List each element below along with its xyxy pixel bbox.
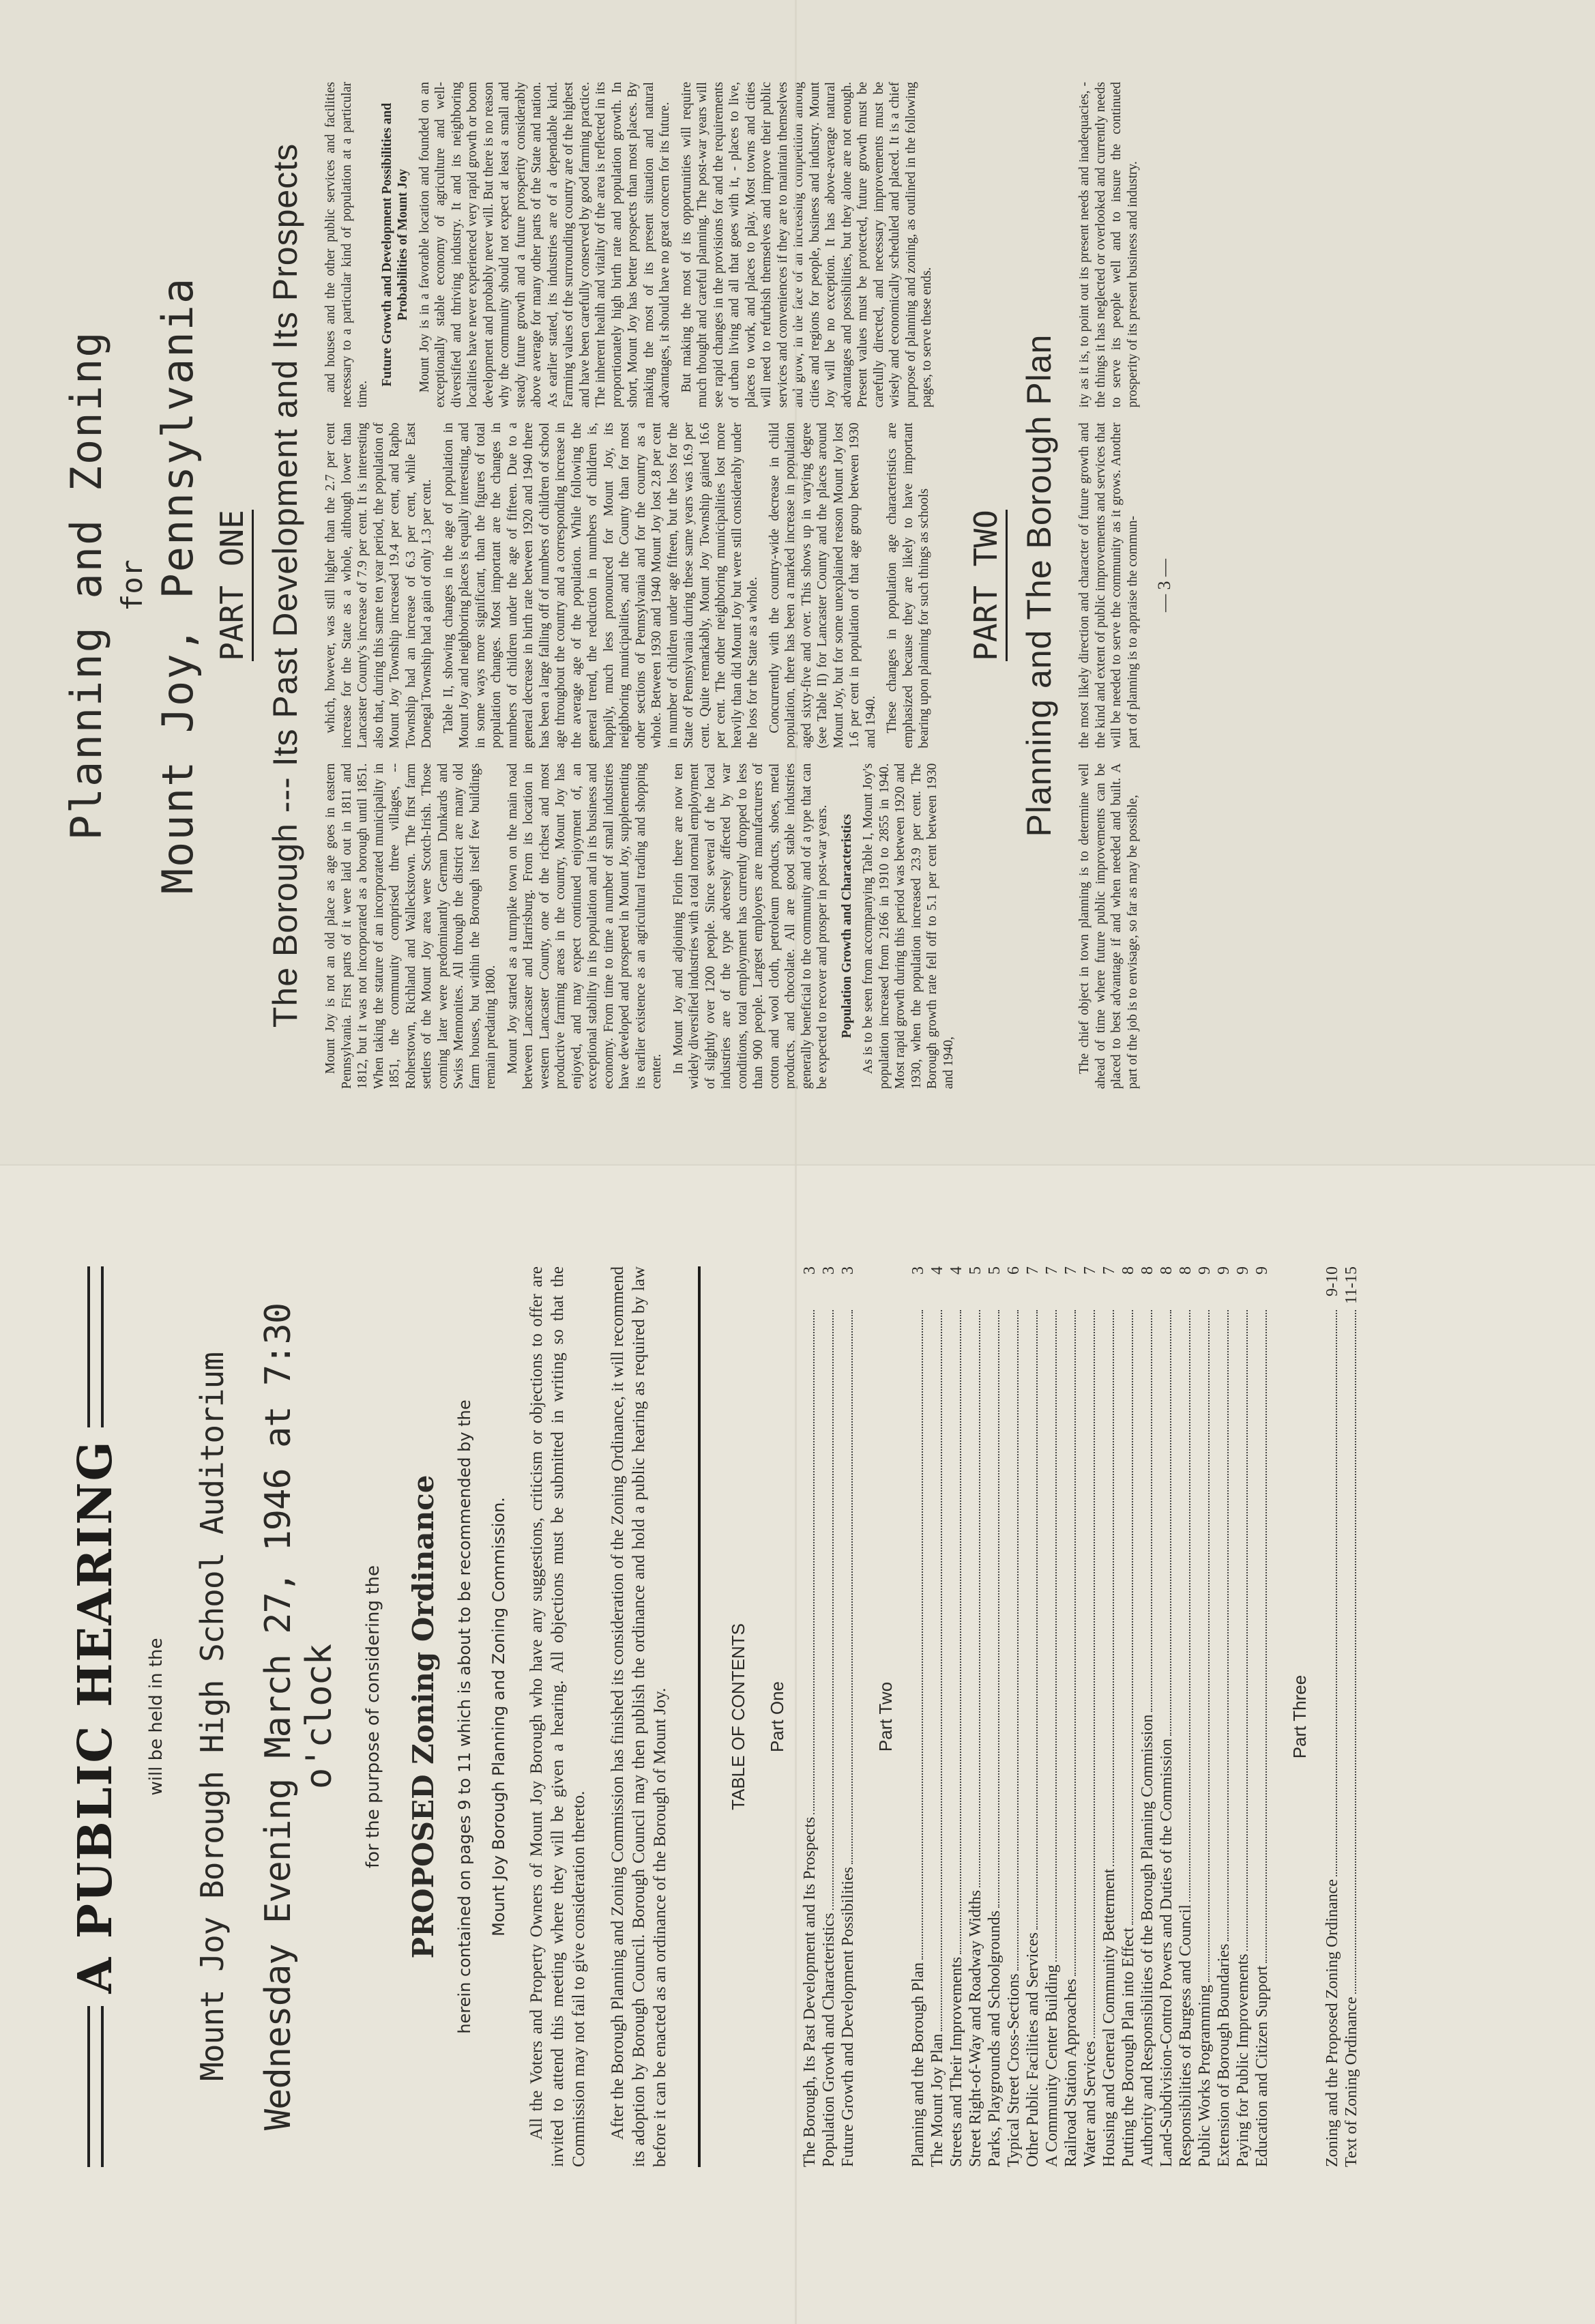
toc-entry-title: Streets and Their Improvements <box>947 1957 966 2167</box>
toc-entry-page: 11-15 <box>1342 1266 1361 1307</box>
venue: Mount Joy Borough High School Auditorium <box>194 1266 231 2167</box>
dot-leader <box>1151 1310 1152 1712</box>
toc-entry-page: 8 <box>1157 1266 1176 1307</box>
toc-entry-title: A Community Center Building <box>1042 1964 1062 2167</box>
procedure-paragraph: After the Borough Planning and Zoning Co… <box>607 1266 671 2167</box>
toc-entry-title: Parks, Playgrounds and Schoolgrounds <box>985 1911 1004 2167</box>
column-1: Mount Joy is not an old place as age goe… <box>323 764 956 1089</box>
toc-entry-page: 5 <box>985 1266 1004 1307</box>
paragraph: The chief object in town planning is to … <box>1077 764 1141 1089</box>
dot-leader <box>1113 1310 1114 1866</box>
dot-leader <box>1189 1310 1190 1902</box>
toc-entry-title: Street Right-of-Way and Roadway Widths <box>966 1890 985 2167</box>
paragraph: Mount Joy is in a favorable location and… <box>417 82 673 407</box>
part-two-label: PART TWO <box>967 510 1008 661</box>
toc-entry-title: The Mount Joy Plan <box>928 2034 947 2167</box>
toc-entry-page: 7 <box>1062 1266 1081 1307</box>
toc-entry-title: Zoning and the Proposed Zoning Ordinance <box>1323 1879 1342 2167</box>
toc-entry: Zoning and the Proposed Zoning Ordinance… <box>1323 1266 1342 2167</box>
dot-leader <box>979 1310 980 1887</box>
toc-entry-title: Population Growth and Characteristics <box>819 1913 838 2167</box>
toc-entry-page: 9 <box>1214 1266 1233 1307</box>
part-one-label: PART ONE <box>214 510 254 661</box>
dot-leader <box>851 1310 853 1864</box>
paragraph: Table II, showing changes in the age of … <box>441 422 761 748</box>
paragraph: These changes in population age characte… <box>884 422 933 748</box>
dot-leader <box>941 1310 942 2031</box>
toc-entry-page: 4 <box>928 1266 947 1307</box>
headline: A PUBLIC HEARING <box>68 1440 123 1993</box>
dot-leader <box>1170 1310 1171 1736</box>
purpose-text: for the purpose of considering the <box>363 1266 383 2167</box>
toc-entry: Streets and Their Improvements4 <box>947 1266 966 2167</box>
dot-leader <box>1246 1310 1248 1951</box>
cover-page: A PUBLIC HEARING will be held in the Mou… <box>0 1164 1595 2324</box>
toc-entry-page: 8 <box>1138 1266 1157 1307</box>
toc-entry: Railroad Station Approaches7 <box>1062 1266 1081 2167</box>
toc-entry-page: 4 <box>947 1266 966 1307</box>
toc-entry-page: 9 <box>1253 1266 1272 1307</box>
toc-entry-title: Responsibilities of Burgess and Council <box>1176 1904 1195 2167</box>
dot-leader <box>1336 1310 1337 1876</box>
toc-entry-page: 3 <box>819 1266 838 1307</box>
title-line-1: Planning and Zoning <box>61 82 111 1089</box>
toc-entry: Authority and Responsibilities of the Bo… <box>1138 1266 1157 2167</box>
double-rule-left <box>87 2006 104 2167</box>
article-columns: Mount Joy is not an old place as age goe… <box>323 82 956 1089</box>
toc-entry: Planning and the Borough Plan3 <box>909 1266 928 2167</box>
toc-entry-title: Extension of Borough Boundaries <box>1214 1944 1233 2167</box>
toc-entry: Other Public Facilities and Services7 <box>1023 1266 1042 2167</box>
toc-entry-title: Water and Services <box>1081 2041 1100 2167</box>
paragraph: Mount Joy is not an old place as age goe… <box>323 764 499 1089</box>
part-two-heading: PART TWO <box>967 82 1004 1089</box>
toc-entry: Land-Subdivision-Control Powers and Duti… <box>1157 1266 1176 2167</box>
inner-page: Planning and Zoning for Mount Joy, Penns… <box>0 0 1595 1164</box>
dot-leader <box>1355 1310 1356 1994</box>
title-line-3: Mount Joy, Pennsylvania <box>153 82 203 1089</box>
toc-entry-title: Text of Zoning Ordinance <box>1342 1996 1361 2167</box>
toc-entry: Putting the Borough Plan into Effect8 <box>1119 1266 1138 2167</box>
dot-leader <box>1074 1310 1076 1976</box>
toc-entry-page: 7 <box>1023 1266 1042 1307</box>
commission-name: Mount Joy Borough Planning and Zoning Co… <box>489 1266 508 2167</box>
paragraph: which, however, was still higher than th… <box>323 422 435 748</box>
toc-entry: Population Growth and Characteristics3 <box>819 1266 838 2167</box>
section-heading-borough-plan: Planning and The Borough Plan <box>1019 82 1059 1089</box>
toc-entry-page: 9-10 <box>1323 1266 1342 1307</box>
toc-entry-title: Public Works Programming <box>1195 1985 1214 2167</box>
dot-leader <box>1208 1310 1210 1982</box>
toc-entry: Housing and General Community Betterment… <box>1100 1266 1119 2167</box>
toc-entry: Text of Zoning Ordinance11-15 <box>1342 1266 1361 2167</box>
paragraph: ity as it is, to point out its present n… <box>1077 82 1141 407</box>
page-number: — 3 — <box>1154 82 1175 1089</box>
part-one-heading: PART ONE <box>214 82 250 1089</box>
paragraph: In Mount Joy and adjoining Florin there … <box>671 764 831 1089</box>
subheading-population: Population Growth and Characteristics <box>839 764 855 1089</box>
voters-paragraph: All the Voters and Property Owners of Mo… <box>526 1266 589 2167</box>
toc-entry-page: 9 <box>1195 1266 1214 1307</box>
toc-entry: Responsibilities of Burgess and Council8 <box>1176 1266 1195 2167</box>
paragraph: the most likely direction and character … <box>1077 422 1141 748</box>
divider <box>698 1266 701 2167</box>
toc-entry-title: Education and Citizen Support <box>1253 1966 1272 2167</box>
toc-entry-page: 5 <box>966 1266 985 1307</box>
column-3: and houses and the other public services… <box>323 82 956 407</box>
toc-entry-title: Future Growth and Development Possibilit… <box>838 1867 858 2167</box>
dot-leader <box>1055 1310 1057 1962</box>
toc-entry-title: Other Public Facilities and Services <box>1023 1932 1042 2167</box>
toc-entry: Education and Citizen Support9 <box>1253 1266 1272 2167</box>
date-time: Wednesday Evening March 27, 1946 at 7:30… <box>258 1266 340 2167</box>
pages-note: herein contained on pages 9 to 11 which … <box>455 1266 474 2167</box>
toc-entry-title: Typical Street Cross-Sections <box>1004 1973 1023 2167</box>
p2-column-3: ity as it is, to point out its present n… <box>1077 82 1141 407</box>
toc-entry-page: 3 <box>909 1266 928 1307</box>
column-2: which, however, was still higher than th… <box>323 422 956 748</box>
paragraph: and houses and the other public services… <box>323 82 371 407</box>
toc-entry-page: 3 <box>800 1266 819 1307</box>
subheading-future-growth: Future Growth and Development Possibilit… <box>379 82 411 407</box>
dot-leader <box>1017 1310 1019 1971</box>
paragraph: Concurrently with the country-wide decre… <box>767 422 879 748</box>
proposed-ordinance: PROPOSED Zoning Ordinance <box>407 1266 440 2167</box>
dot-leader <box>1265 1310 1267 1963</box>
toc-entry-title: Planning and the Borough Plan <box>909 1962 928 2167</box>
horizontal-fold <box>795 0 797 2324</box>
dot-leader <box>832 1310 834 1910</box>
p2-column-2: the most likely direction and character … <box>1077 422 1141 748</box>
toc-part-heading: Part Two <box>875 1266 896 2167</box>
toc-entry: Water and Services7 <box>1081 1266 1100 2167</box>
dot-leader <box>1094 1310 1095 2038</box>
toc-entry: Street Right-of-Way and Roadway Widths5 <box>966 1266 985 2167</box>
toc-entry-title: Land-Subdivision-Control Powers and Duti… <box>1157 1739 1176 2167</box>
toc-entry-page: 9 <box>1233 1266 1253 1307</box>
toc-entry: A Community Center Building7 <box>1042 1266 1062 2167</box>
toc-entry: Extension of Borough Boundaries9 <box>1214 1266 1233 2167</box>
paragraph: Mount Joy started as a turnpike town on … <box>505 764 665 1089</box>
table-of-contents: Part OneThe Borough, Its Past Developmen… <box>767 1266 1361 2167</box>
toc-entry-page: 8 <box>1176 1266 1195 1307</box>
double-rule-right <box>87 1266 104 1427</box>
dot-leader <box>922 1310 923 1960</box>
toc-entry-title: Railroad Station Approaches <box>1062 1979 1081 2167</box>
toc-part-heading: Part Three <box>1289 1266 1311 2167</box>
toc-entry-title: Authority and Responsibilities of the Bo… <box>1138 1715 1157 2167</box>
toc-entry: Parks, Playgrounds and Schoolgrounds5 <box>985 1266 1004 2167</box>
paragraph: But making the most of its opportunities… <box>679 82 935 407</box>
toc-entry-title: Putting the Borough Plan into Effect <box>1119 1928 1138 2167</box>
dot-leader <box>813 1310 815 1814</box>
public-hearing-title: A PUBLIC HEARING <box>68 1266 123 2167</box>
dot-leader <box>998 1310 999 1908</box>
part-two-columns: The chief object in town planning is to … <box>1077 82 1141 1089</box>
toc-entry: The Mount Joy Plan4 <box>928 1266 947 2167</box>
toc-entry: Future Growth and Development Possibilit… <box>838 1266 858 2167</box>
toc-entry-title: Housing and General Community Betterment <box>1100 1869 1119 2167</box>
toc-entry: Paying for Public Improvements9 <box>1233 1266 1253 2167</box>
toc-entry: Typical Street Cross-Sections6 <box>1004 1266 1023 2167</box>
dot-leader <box>1036 1310 1038 1930</box>
toc-entry: Public Works Programming9 <box>1195 1266 1214 2167</box>
toc-entry-page: 6 <box>1004 1266 1023 1307</box>
section-heading-borough: The Borough --- Its Past Development and… <box>265 82 305 1089</box>
dot-leader <box>1132 1310 1133 1925</box>
toc-entry-title: Paying for Public Improvements <box>1233 1953 1253 2167</box>
held-in-text: will be held in the <box>146 1266 166 2167</box>
toc-entry-page: 3 <box>838 1266 858 1307</box>
toc-entry-page: 7 <box>1042 1266 1062 1307</box>
toc-entry-page: 7 <box>1100 1266 1119 1307</box>
toc-entry-page: 8 <box>1119 1266 1138 1307</box>
dot-leader <box>960 1310 961 1954</box>
toc-part-heading: Part One <box>767 1266 788 2167</box>
p2-column-1: The chief object in town planning is to … <box>1077 764 1141 1089</box>
dot-leader <box>1227 1310 1229 1941</box>
toc-entry: The Borough, Its Past Development and It… <box>800 1266 819 2167</box>
document-spread: A PUBLIC HEARING will be held in the Mou… <box>0 0 1595 2324</box>
toc-entry-page: 7 <box>1081 1266 1100 1307</box>
paragraph: As is to be seen from accompanying Table… <box>860 764 956 1089</box>
toc-heading: TABLE OF CONTENTS <box>728 1266 749 2167</box>
title-line-2: for <box>115 82 149 1089</box>
toc-entry-title: The Borough, Its Past Development and It… <box>800 1817 819 2167</box>
